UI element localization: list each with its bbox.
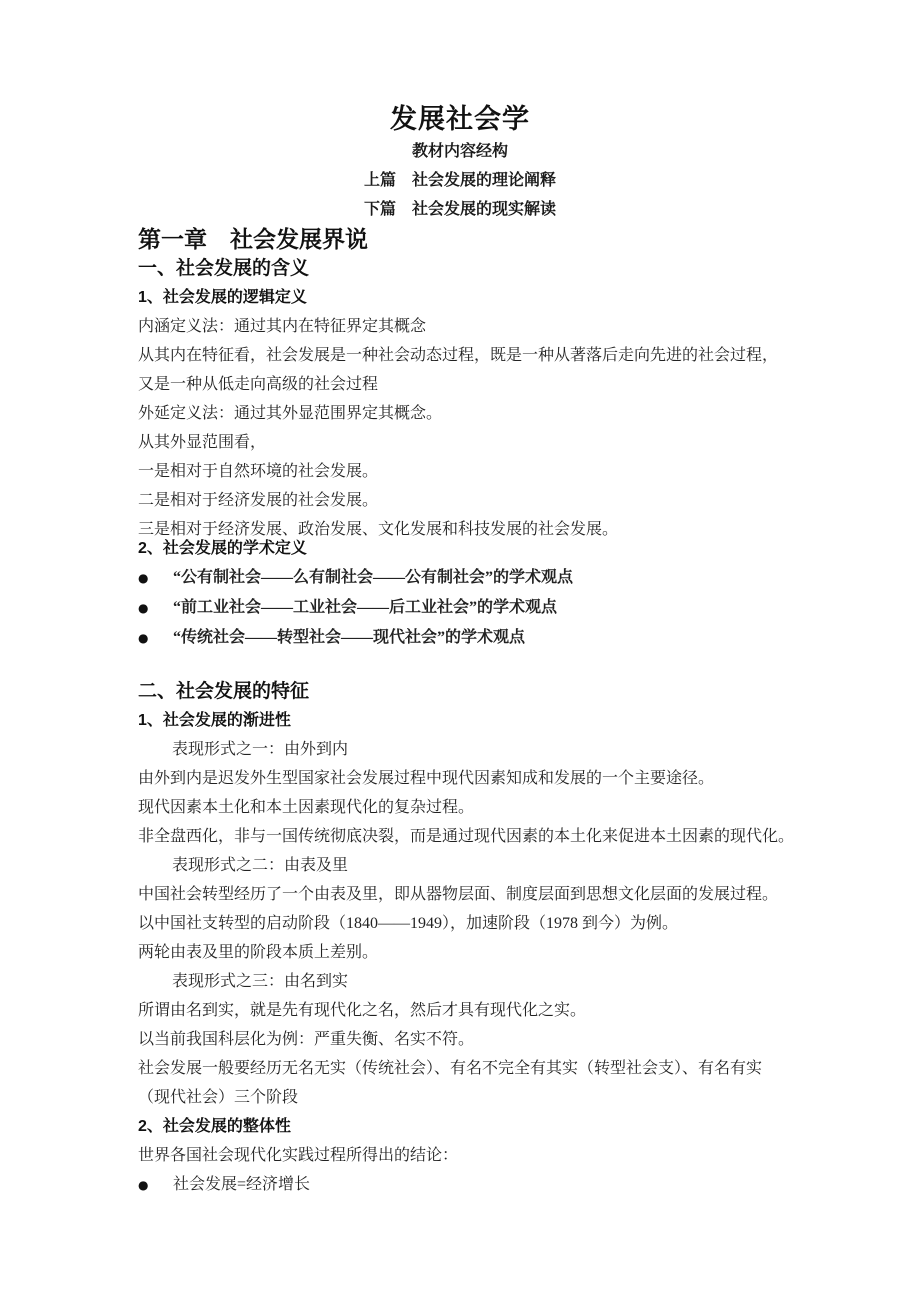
document-title: 发展社会学 <box>0 101 920 137</box>
paragraph: 中国社会转型经历了一个由表及里，即从器物层面、制度层面到思想文化层面的发展过程。 <box>138 880 838 909</box>
paragraph: （现代社会）三个阶段 <box>138 1083 838 1112</box>
paragraph: 内涵定义法：通过其内在特征界定其概念 <box>138 312 838 341</box>
paragraph: 社会发展一般要经历无名无实（传统社会）、有名不完全有其实（转型社会支）、有名有实 <box>138 1054 838 1083</box>
paragraph: 以中国社支转型的启动阶段（1840——1949），加速阶段（1978 到今）为例… <box>138 909 838 938</box>
document-page: 发展社会学 教材内容经构 上篇 社会发展的理论阐释 下篇 社会发展的现实解读 第… <box>0 0 920 1302</box>
bullet-icon: ● <box>138 1171 173 1200</box>
paragraph: 从其外显范围看， <box>138 428 838 457</box>
bullet-text: “公有制社会——么有制社会——公有制社会”的学术观点 <box>173 563 573 592</box>
bullet-text: “传统社会——转型社会——现代社会”的学术观点 <box>173 623 525 652</box>
paragraph: 世界各国社会现代化实践过程所得出的结论： <box>138 1141 838 1170</box>
bullet-item: ● “公有制社会——么有制社会——公有制社会”的学术观点 <box>138 563 838 593</box>
bullet-text: “前工业社会——工业社会——后工业社会”的学术观点 <box>173 593 557 622</box>
bullet-list: ● “公有制社会——么有制社会——公有制社会”的学术观点 ● “前工业社会——工… <box>138 563 838 653</box>
paragraph: 所谓由名到实，就是先有现代化之名，然后才具有现代化之实。 <box>138 996 838 1025</box>
bullet-item: ● 社会发展=经济增长 <box>138 1170 838 1200</box>
paragraph: 从其内在特征看，社会发展是一种社会动态过程，既是一种从著落后走向先进的社会过程， <box>138 341 838 370</box>
bullet-icon: ● <box>138 594 173 623</box>
subsection-1-1-heading: 1、社会发展的逻辑定义 <box>138 283 838 312</box>
subsection-2-2-heading: 2、社会发展的整体性 <box>138 1112 838 1141</box>
chapter-heading: 第一章 社会发展界说 <box>138 224 838 254</box>
paragraph: 外延定义法：通过其外显范围界定其概念。 <box>138 399 838 428</box>
document-subtitle: 教材内容经构 <box>0 137 920 166</box>
paragraph: 二是相对于经济发展的社会发展。 <box>138 486 838 515</box>
paragraph: 表现形式之三：由名到实 <box>138 967 838 996</box>
subsection-2-1-heading: 1、社会发展的渐进性 <box>138 706 838 735</box>
document-header: 发展社会学 教材内容经构 上篇 社会发展的理论阐释 下篇 社会发展的现实解读 <box>0 101 920 224</box>
paragraph: 一是相对于自然环境的社会发展。 <box>138 457 838 486</box>
paragraph: 以当前我国科层化为例：严重失衡、名实不符。 <box>138 1025 838 1054</box>
paragraph: 表现形式之二：由表及里 <box>138 851 838 880</box>
part-upper: 上篇 社会发展的理论阐释 <box>0 166 920 195</box>
document-body: 第一章 社会发展界说 一、社会发展的含义 1、社会发展的逻辑定义 内涵定义法：通… <box>138 224 838 1200</box>
bullet-icon: ● <box>138 624 173 653</box>
section-1-heading: 一、社会发展的含义 <box>138 254 838 283</box>
paragraph: 两轮由表及里的阶段本质上差别。 <box>138 938 838 967</box>
bullet-item: ● “传统社会——转型社会——现代社会”的学术观点 <box>138 623 838 653</box>
paragraph: 又是一种从低走向高级的社会过程 <box>138 370 838 399</box>
bullet-icon: ● <box>138 564 173 593</box>
blank-line <box>138 653 838 677</box>
paragraph: 表现形式之一：由外到内 <box>138 735 838 764</box>
paragraph: 由外到内是迟发外生型国家社会发展过程中现代因素知成和发展的一个主要途径。 <box>138 764 838 793</box>
bullet-item: ● “前工业社会——工业社会——后工业社会”的学术观点 <box>138 593 838 623</box>
bullet-text: 社会发展=经济增长 <box>173 1170 310 1199</box>
paragraph: 现代因素本土化和本土因素现代化的复杂过程。 <box>138 793 838 822</box>
part-lower: 下篇 社会发展的现实解读 <box>0 195 920 224</box>
section-2-heading: 二、社会发展的特征 <box>138 677 838 706</box>
paragraph: 非全盘西化，非与一国传统彻底决裂，而是通过现代因素的本土化来促进本土因素的现代化… <box>138 822 838 851</box>
